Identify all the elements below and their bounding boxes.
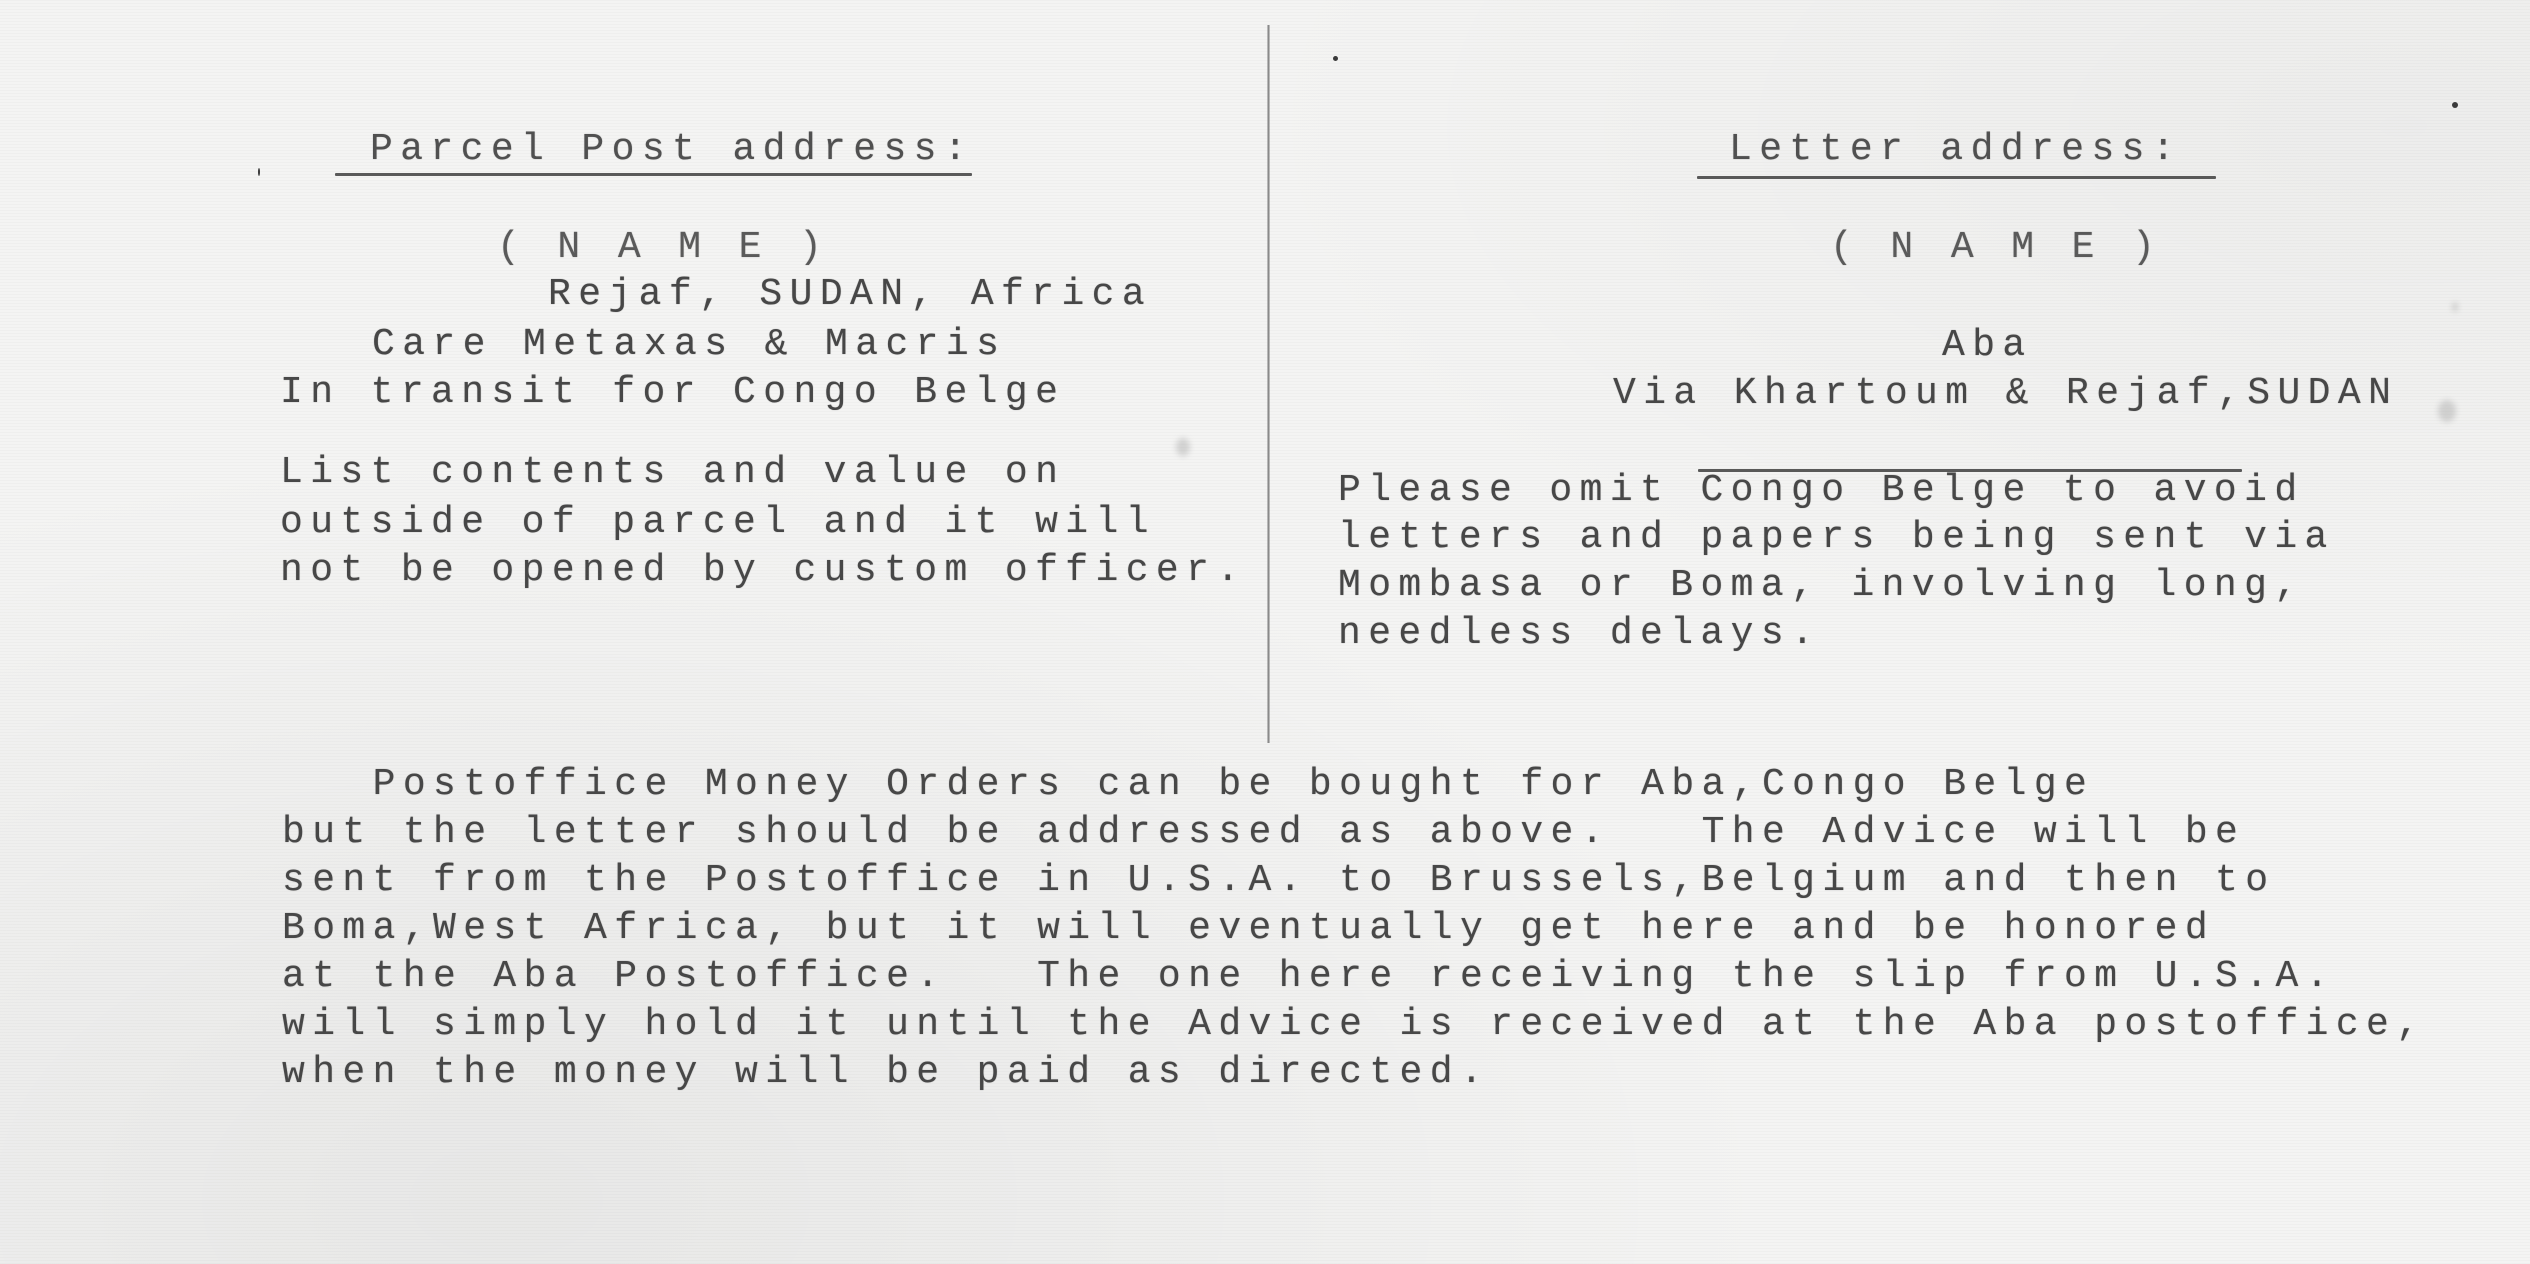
typewritten-page: Parcel Post address: ( N A M E ) Rejaf, …: [0, 0, 2530, 1264]
paragraph-line: when the money will be paid as directed.: [282, 1054, 1490, 1092]
paragraph-line: at the Aba Postoffice. The one here rece…: [282, 958, 2336, 996]
paragraph-line: Postoffice Money Orders can be bought fo…: [282, 766, 2094, 804]
letter-note-line: Mombasa or Boma, involving long,: [1338, 567, 2305, 605]
parcel-post-address-line: Rejaf, SUDAN, Africa: [548, 276, 1152, 314]
letter-name-placeholder: ( N A M E ): [1830, 229, 2162, 267]
parcel-post-heading: Parcel Post address:: [370, 131, 974, 169]
ink-speck: [2452, 102, 2458, 108]
column-divider: [1267, 25, 1270, 743]
letter-heading-underline: [1697, 176, 2216, 179]
paragraph-line: Boma,West Africa, but it will eventually…: [282, 910, 2215, 948]
letter-address-line: Via Khartoum & Rejaf,SUDAN: [1613, 375, 2398, 413]
parcel-post-note-line: not be opened by custom officer.: [280, 552, 1247, 590]
letter-address-line: Aba: [1942, 327, 2033, 365]
paragraph-line: sent from the Postoffice in U.S.A. to Br…: [282, 862, 2275, 900]
parcel-post-note-line: List contents and value on: [280, 454, 1065, 492]
paper-smudge: [2438, 400, 2456, 422]
ink-speck: [258, 168, 260, 176]
parcel-post-heading-underline: [335, 173, 972, 176]
letter-heading: Letter address:: [1729, 131, 2182, 169]
paper-smudge: [1176, 438, 1190, 456]
letter-note-line: letters and papers being sent via: [1338, 519, 2335, 557]
parcel-post-address-line: In transit for Congo Belge: [280, 374, 1065, 412]
letter-note-line: Please omit Congo Belge to avoid: [1338, 472, 2305, 510]
paragraph-line: but the letter should be addressed as ab…: [282, 814, 2245, 852]
paper-smudge: [2452, 302, 2458, 312]
letter-note-line: needless delays.: [1338, 615, 1821, 653]
paragraph-line: will simply hold it until the Advice is …: [282, 1006, 2426, 1044]
parcel-post-note-line: outside of parcel and it will: [280, 504, 1156, 542]
parcel-post-name-placeholder: ( N A M E ): [497, 229, 829, 267]
ink-speck: [1333, 56, 1338, 61]
parcel-post-address-line: Care Metaxas & Macris: [372, 326, 1006, 364]
